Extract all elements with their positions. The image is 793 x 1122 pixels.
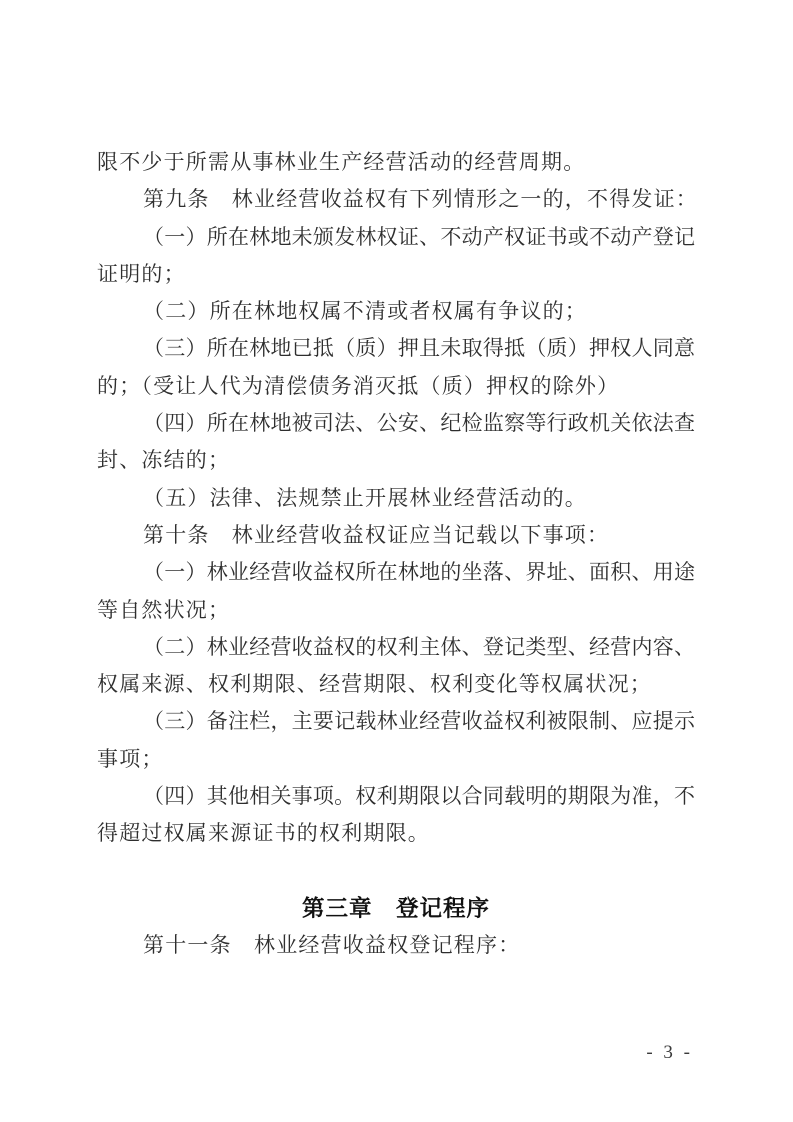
document-line: （三）备注栏，主要记载林业经营收益权利被限制、应提示 [97,703,695,740]
document-line: （一）林业经营收益权所在林地的坐落、界址、面积、用途 [97,554,695,591]
document-line: （五）法律、法规禁止开展林业经营活动的。 [97,480,695,517]
document-line: 证明的； [97,256,695,293]
page-number: - 3 - [646,1042,693,1064]
document-line: 第九条 林业经营收益权有下列情形之一的，不得发证： [97,181,695,218]
blank-line [97,853,695,890]
document-line: 第十一条 林业经营收益权登记程序： [97,927,695,964]
chapter-heading: 第三章 登记程序 [97,890,695,927]
document-line: 限不少于所需从事林业生产经营活动的经营周期。 [97,144,695,181]
document-line: （二）林业经营收益权的权利主体、登记类型、经营内容、 [97,629,695,666]
document-line: （四）所在林地被司法、公安、纪检监察等行政机关依法查 [97,405,695,442]
document-line: 权属来源、权利期限、经营期限、权利变化等权属状况； [97,666,695,703]
document-line: （三）所在林地已抵（质）押且未取得抵（质）押权人同意 [97,330,695,367]
document-line: 得超过权属来源证书的权利期限。 [97,815,695,852]
document-line: 的；（受让人代为清偿债务消灭抵（质）押权的除外） [97,368,695,405]
document-line: （四）其他相关事项。权利期限以合同载明的期限为准，不 [97,778,695,815]
document-page: 限不少于所需从事林业生产经营活动的经营周期。 第九条 林业经营收益权有下列情形之… [0,0,793,1122]
document-line: 封、冻结的； [97,442,695,479]
document-line: 等自然状况； [97,592,695,629]
document-body: 限不少于所需从事林业生产经营活动的经营周期。 第九条 林业经营收益权有下列情形之… [97,144,695,965]
document-line: 第十条 林业经营收益权证应当记载以下事项： [97,517,695,554]
document-line: （二）所在林地权属不清或者权属有争议的； [97,293,695,330]
document-line: 事项； [97,741,695,778]
document-line: （一）所在林地未颁发林权证、不动产权证书或不动产登记 [97,219,695,256]
